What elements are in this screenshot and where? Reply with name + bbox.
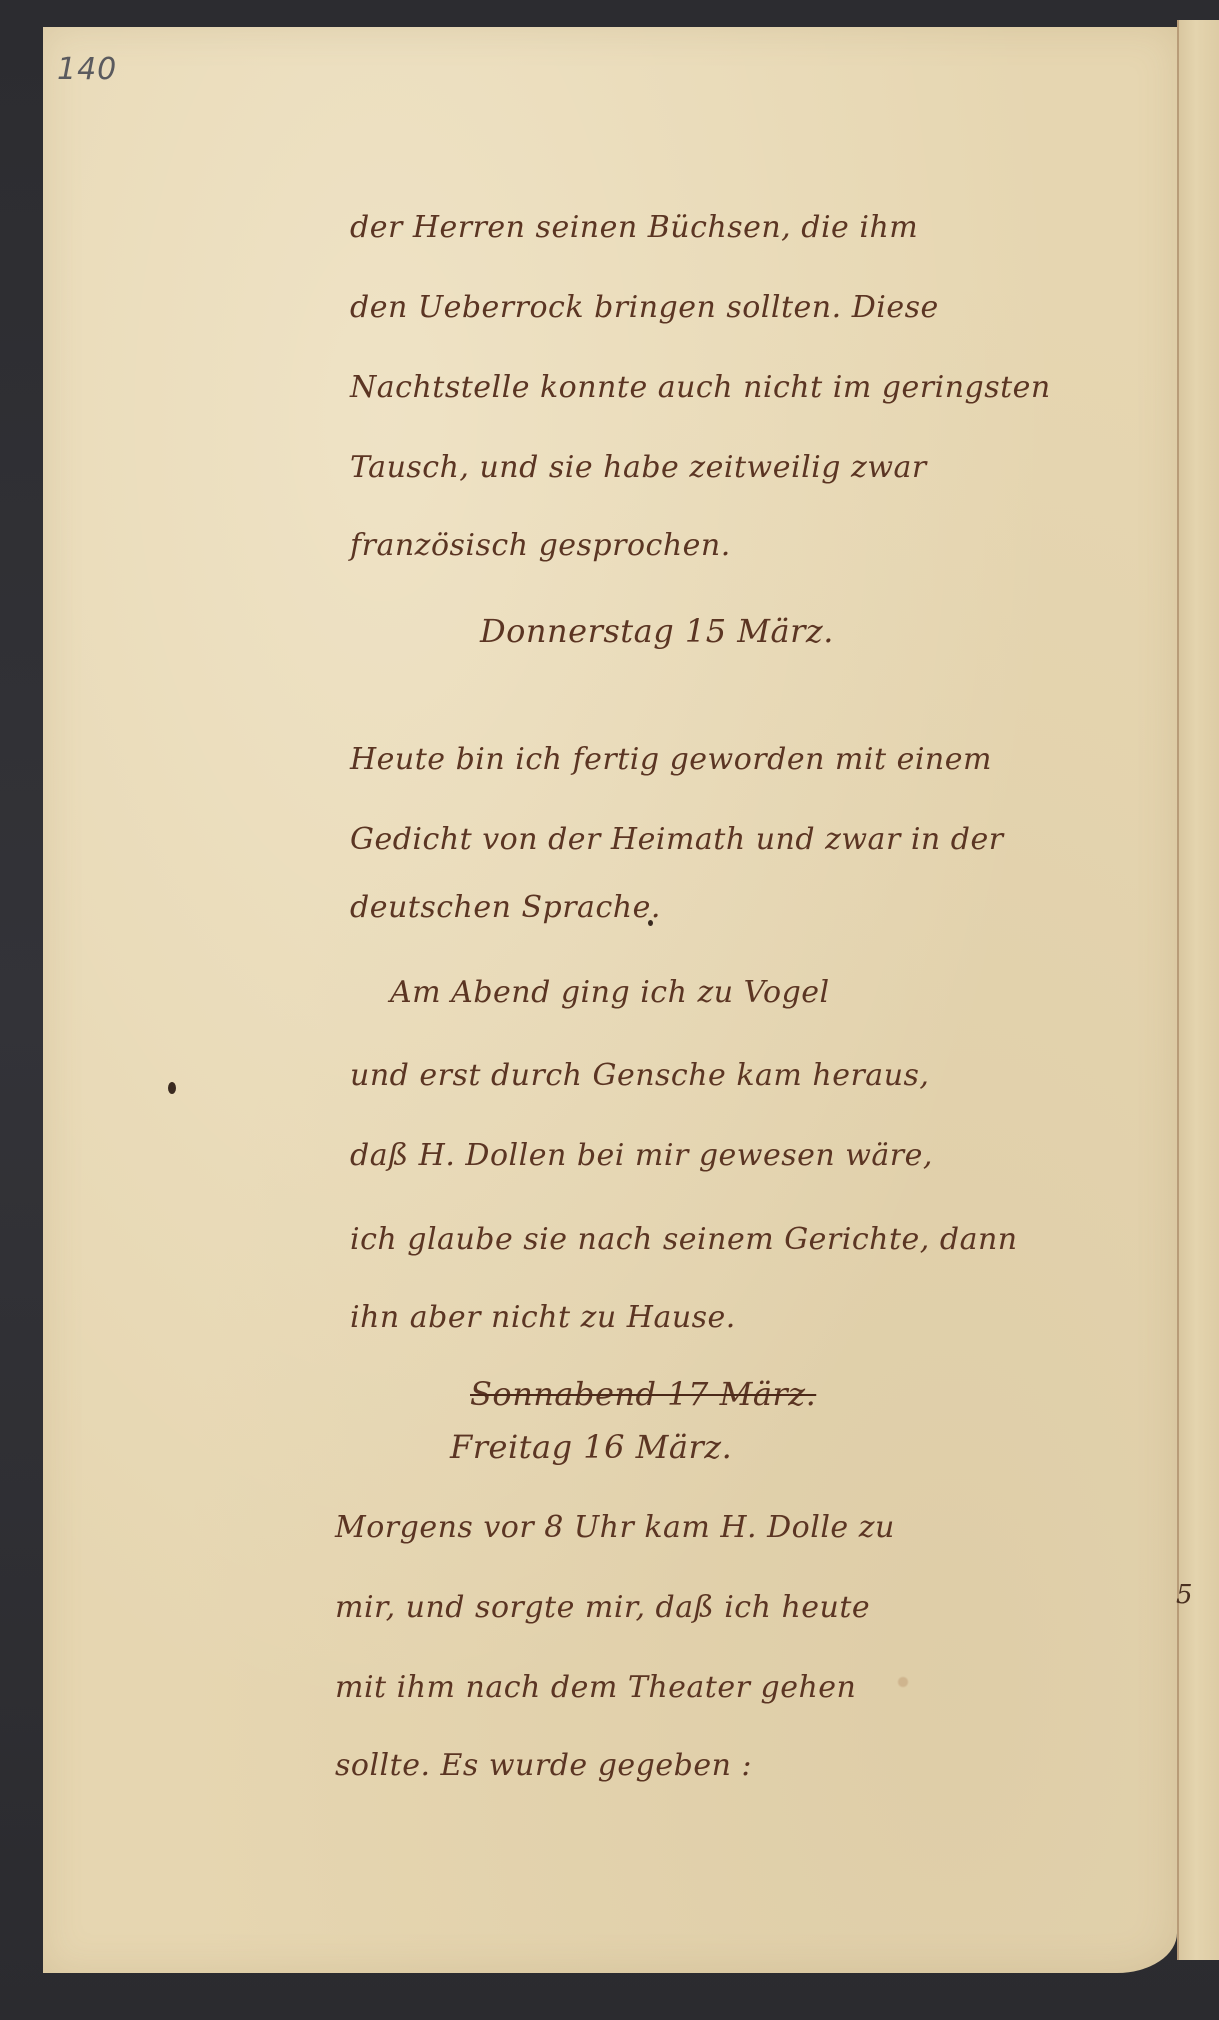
text-line-11: und erst durch Gensche kam heraus,	[350, 1058, 929, 1093]
text-line-14: ihn aber nicht zu Hause.	[350, 1300, 736, 1335]
text-line-4: Tausch, und sie habe zeitweilig zwar	[350, 450, 927, 485]
ink-speck	[648, 920, 653, 926]
facing-page-edge	[1177, 20, 1219, 1960]
struck-date-heading-saturday: Sonnabend 17 März.	[470, 1375, 816, 1413]
text-line-9: deutschen Sprache.	[350, 890, 661, 925]
text-line-10: Am Abend ging ich zu Vogel	[390, 975, 830, 1010]
text-line-7: Heute bin ich fertig geworden mit einem	[350, 742, 992, 777]
ink-speck	[168, 1082, 176, 1094]
text-line-3: Nachtstelle konnte auch nicht im gerings…	[350, 370, 1051, 405]
text-line-17: Morgens vor 8 Uhr kam H. Dolle zu	[335, 1510, 895, 1545]
date-heading-thursday: Donnerstag 15 März.	[480, 612, 834, 650]
text-line-13: ich glaube sie nach seinem Gerichte, dan…	[350, 1222, 1018, 1257]
margin-mark: 5	[1176, 1580, 1193, 1610]
text-line-8: Gedicht von der Heimath und zwar in der	[350, 822, 1004, 857]
folio-number: 140	[57, 52, 117, 87]
text-line-12: daß H. Dollen bei mir gewesen wäre,	[350, 1138, 933, 1173]
text-line-18: mir, und sorgte mir, daß ich heute	[335, 1590, 870, 1625]
text-line-19: mit ihm nach dem Theater gehen	[335, 1670, 856, 1705]
text-line-20: sollte. Es wurde gegeben :	[335, 1748, 752, 1783]
text-line-2: den Ueberrock bringen sollten. Diese	[350, 290, 939, 325]
text-line-5: französisch gesprochen.	[350, 528, 731, 563]
text-line-1: der Herren seinen Büchsen, die ihm	[350, 210, 918, 245]
date-heading-friday: Freitag 16 März.	[450, 1428, 732, 1466]
